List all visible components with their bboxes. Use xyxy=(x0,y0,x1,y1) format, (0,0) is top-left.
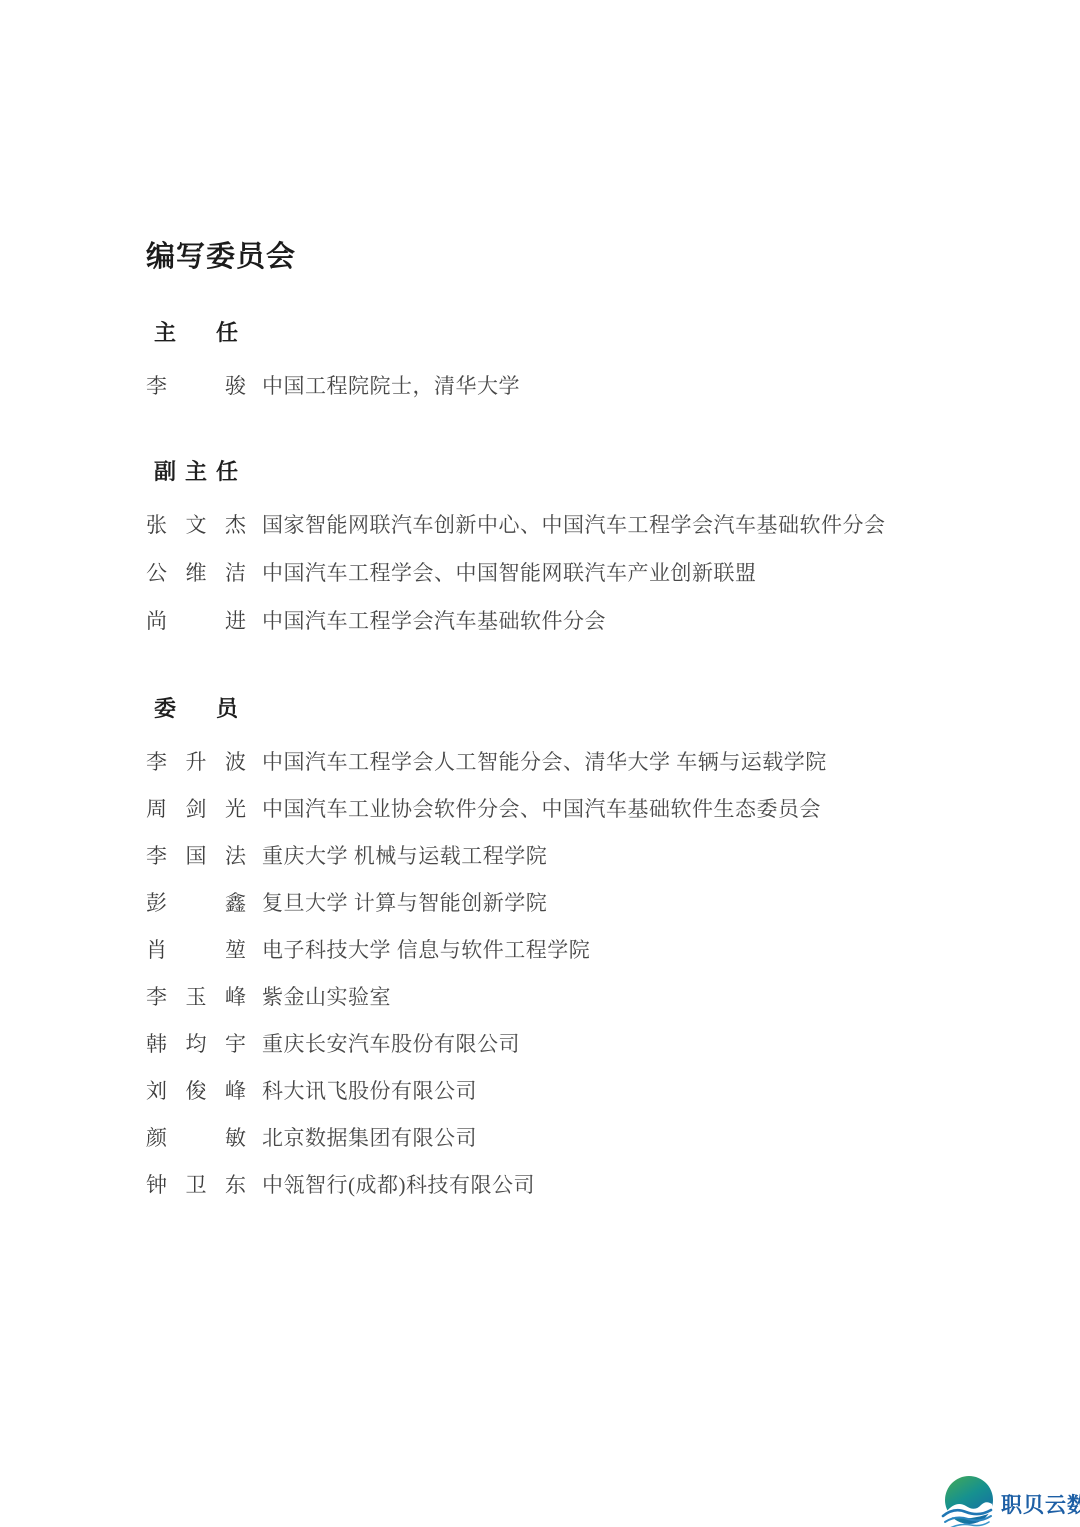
member-affiliation: 国家智能网联汽车创新中心、中国汽车工程学会汽车基础软件分会 xyxy=(262,512,886,538)
member-name: 李玉峰 xyxy=(146,984,246,1010)
watermark-logo: 职贝云数 xyxy=(941,1472,1080,1527)
member-affiliation: 科大讯飞股份有限公司 xyxy=(262,1078,477,1104)
committee-row: 李玉峰 紫金山实验室 xyxy=(146,984,946,1010)
member-name: 李国法 xyxy=(146,843,246,869)
committee-row: 刘俊峰 科大讯飞股份有限公司 xyxy=(146,1078,946,1104)
member-affiliation: 中国汽车工程学会、中国智能网联汽车产业创新联盟 xyxy=(262,560,757,586)
member-name: 肖堃 xyxy=(146,937,246,963)
member-affiliation: 重庆长安汽车股份有限公司 xyxy=(262,1031,520,1057)
member-affiliation: 复旦大学 计算与智能创新学院 xyxy=(262,890,547,916)
member-affiliation: 重庆大学 机械与运载工程学院 xyxy=(262,843,547,869)
section-heading-members: 委员 xyxy=(154,698,238,720)
member-name: 周剑光 xyxy=(146,796,246,822)
committee-row: 颜敏 北京数据集团有限公司 xyxy=(146,1125,946,1151)
committee-row: 韩均宇 重庆长安汽车股份有限公司 xyxy=(146,1031,946,1057)
member-name: 公维洁 xyxy=(146,560,246,586)
member-affiliation: 电子科技大学 信息与软件工程学院 xyxy=(262,937,590,963)
member-name: 张文杰 xyxy=(146,512,246,538)
committee-row: 李国法 重庆大学 机械与运载工程学院 xyxy=(146,843,946,869)
member-name: 李升波 xyxy=(146,749,246,775)
member-affiliation: 北京数据集团有限公司 xyxy=(262,1125,477,1151)
committee-list: 编写委员会 主任 李骏 中国工程院院士，清华大学 副主任 张文杰 国家智能网联汽… xyxy=(146,243,946,1198)
committee-row: 张文杰 国家智能网联汽车创新中心、中国汽车工程学会汽车基础软件分会 xyxy=(146,512,946,538)
committee-row: 肖堃 电子科技大学 信息与软件工程学院 xyxy=(146,937,946,963)
committee-row: 彭鑫 复旦大学 计算与智能创新学院 xyxy=(146,890,946,916)
watermark-logo-text: 职贝云数 xyxy=(1001,1489,1080,1519)
committee-row: 李升波 中国汽车工程学会人工智能分会、清华大学 车辆与运载学院 xyxy=(146,749,946,775)
member-name: 刘俊峰 xyxy=(146,1078,246,1104)
member-affiliation: 中国工程院院士，清华大学 xyxy=(262,373,520,399)
committee-row: 李骏 中国工程院院士，清华大学 xyxy=(146,373,946,399)
globe-wave-logo-icon xyxy=(941,1472,997,1527)
member-name: 彭鑫 xyxy=(146,890,246,916)
member-name: 钟卫东 xyxy=(146,1172,246,1198)
member-name: 李骏 xyxy=(146,373,246,399)
section-heading-director: 主任 xyxy=(154,322,238,344)
member-affiliation: 中国汽车工业协会软件分会、中国汽车基础软件生态委员会 xyxy=(262,796,821,822)
member-affiliation: 中瓴智行(成都)科技有限公司 xyxy=(262,1172,535,1198)
member-affiliation: 紫金山实验室 xyxy=(262,984,391,1010)
member-name: 韩均宇 xyxy=(146,1031,246,1057)
committee-row: 钟卫东 中瓴智行(成都)科技有限公司 xyxy=(146,1172,946,1198)
section-heading-vice-director: 副主任 xyxy=(154,461,238,483)
member-name: 颜敏 xyxy=(146,1125,246,1151)
page-title: 编写委员会 xyxy=(146,243,946,272)
member-name: 尚进 xyxy=(146,608,246,634)
committee-row: 周剑光 中国汽车工业协会软件分会、中国汽车基础软件生态委员会 xyxy=(146,796,946,822)
committee-row: 公维洁 中国汽车工程学会、中国智能网联汽车产业创新联盟 xyxy=(146,560,946,586)
committee-row: 尚进 中国汽车工程学会汽车基础软件分会 xyxy=(146,608,946,634)
document-page: 编写委员会 主任 李骏 中国工程院院士，清华大学 副主任 张文杰 国家智能网联汽… xyxy=(0,0,1080,1527)
member-affiliation: 中国汽车工程学会汽车基础软件分会 xyxy=(262,608,606,634)
member-affiliation: 中国汽车工程学会人工智能分会、清华大学 车辆与运载学院 xyxy=(262,749,827,775)
